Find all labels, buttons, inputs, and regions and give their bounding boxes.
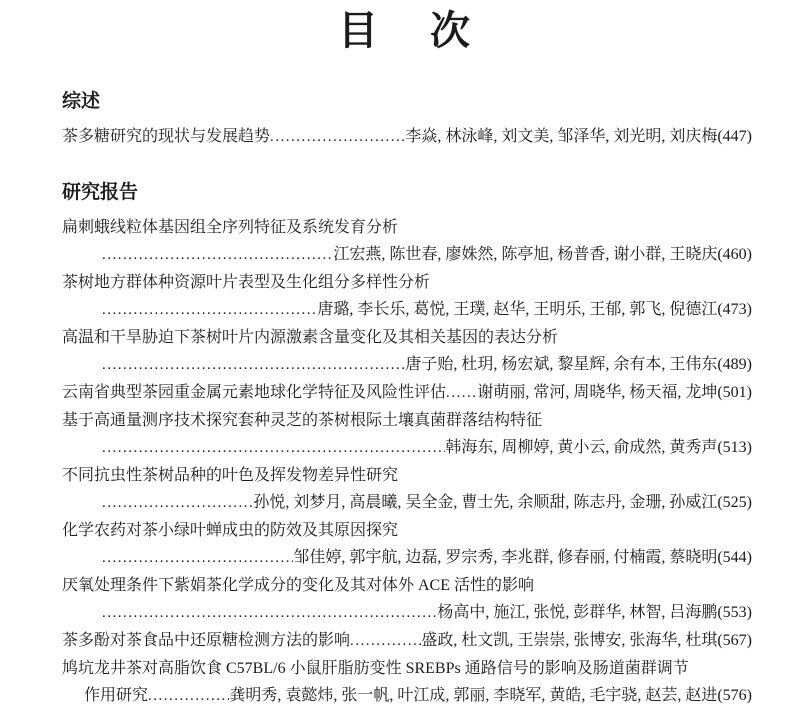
entry-authors: 唐子贻, 杜玥, 杨宏斌, 黎星辉, 余有本, 王伟东 — [405, 351, 717, 378]
entry-title: 厌氧处理条件下紫娟茶化学成分的变化及其对体外 ACE 活性的影响 — [62, 572, 752, 599]
entry-title: 基于高通量测序技术探究套种灵芝的茶树根际土壤真菌群落结构特征 — [62, 407, 752, 434]
entry-page-number: (489) — [717, 351, 752, 378]
entry-authors: 龚明秀, 袁懿炜, 张一帆, 叶江成, 郭丽, 李晓军, 黄皓, 毛宇骁, 赵芸… — [229, 682, 717, 704]
toc-page: 目 次 综述 茶多糖研究的现状与发展趋势 李焱, 林泳峰, 刘文美, 邹泽华, … — [0, 0, 797, 704]
entry-authors-line: 唐子贻, 杜玥, 杨宏斌, 黎星辉, 余有本, 王伟东 (489) — [62, 351, 752, 379]
page-title: 目 次 — [62, 6, 752, 56]
entry-authors-line: 韩海东, 周柳婷, 黄小云, 俞成然, 黄秀声 (513) — [62, 434, 752, 462]
entry-authors: 唐璐, 李长乐, 葛悦, 王璞, 赵华, 王明乐, 王郁, 郭飞, 倪德江 — [317, 296, 717, 323]
leader-dots — [102, 296, 317, 324]
entry-page-number: (553) — [717, 599, 752, 626]
entry-authors-line: 邹佳婷, 郭宇航, 边磊, 罗宗秀, 李兆群, 修春丽, 付楠霞, 蔡晓明 (5… — [62, 544, 752, 572]
entry-title: 茶多糖研究的现状与发展趋势 — [62, 123, 270, 150]
toc-entry: 化学农药对茶小绿叶蝉成虫的防效及其原因探究 邹佳婷, 郭宇航, 边磊, 罗宗秀,… — [62, 517, 752, 572]
entry-title-continuation-line: 作用研究 龚明秀, 袁懿炜, 张一帆, 叶江成, 郭丽, 李晓军, 黄皓, 毛宇… — [62, 682, 752, 704]
entry-title-continuation: 作用研究 — [84, 682, 148, 704]
entry-authors-line: 孙悦, 刘梦月, 高晨曦, 吴全金, 曹士先, 余顺甜, 陈志丹, 金珊, 孙威… — [62, 489, 752, 517]
entry-page-number: (576) — [717, 682, 752, 704]
toc-entry: 高温和干旱胁迫下茶树叶片内源激素含量变化及其相关基因的表达分析 唐子贻, 杜玥,… — [62, 324, 752, 379]
toc-entry: 基于高通量测序技术探究套种灵芝的茶树根际土壤真菌群落结构特征 韩海东, 周柳婷,… — [62, 407, 752, 462]
toc-entry: 厌氧处理条件下紫娟茶化学成分的变化及其对体外 ACE 活性的影响 杨高中, 施江… — [62, 572, 752, 627]
leader-dots — [102, 241, 333, 269]
section-research-reports: 研究报告 扁刺蛾线粒体基因组全序列特征及系统发育分析 江宏燕, 陈世春, 廖姝然… — [62, 181, 752, 704]
section-header: 研究报告 — [62, 181, 752, 205]
entry-title: 不同抗虫性茶树品种的叶色及挥发物差异性研究 — [62, 462, 752, 489]
leader-dots — [102, 434, 445, 462]
leader-dots — [350, 627, 421, 655]
entry-authors: 李焱, 林泳峰, 刘文美, 邹泽华, 刘光明, 刘庆梅 — [405, 123, 717, 150]
entry-authors: 谢萌丽, 常河, 周晓华, 杨天福, 龙坤 — [477, 379, 717, 406]
toc-entry: 云南省典型茶园重金属元素地球化学特征及风险性评估 谢萌丽, 常河, 周晓华, 杨… — [62, 379, 752, 407]
entry-page-number: (447) — [717, 123, 752, 150]
entry-page-number: (460) — [717, 241, 752, 268]
toc-entry: 鸠坑龙井茶对高脂饮食 C57BL/6 小鼠肝脂肪变性 SREBPs 通路信号的影… — [62, 655, 752, 704]
entry-title: 化学农药对茶小绿叶蝉成虫的防效及其原因探究 — [62, 517, 752, 544]
entry-page-number: (513) — [717, 434, 752, 461]
toc-entry: 茶树地方群体种资源叶片表型及生化组分多样性分析 唐璐, 李长乐, 葛悦, 王璞,… — [62, 269, 752, 324]
entry-page-number: (501) — [717, 379, 752, 406]
toc-entry: 茶多酚对茶食品中还原糖检测方法的影响 盛政, 杜文凯, 王崇崇, 张博安, 张海… — [62, 627, 752, 655]
leader-dots — [446, 379, 477, 407]
entry-authors: 邹佳婷, 郭宇航, 边磊, 罗宗秀, 李兆群, 修春丽, 付楠霞, 蔡晓明 — [293, 544, 717, 571]
entry-title: 云南省典型茶园重金属元素地球化学特征及风险性评估 — [62, 379, 446, 406]
leader-dots — [102, 544, 293, 572]
section-header: 综述 — [62, 90, 752, 114]
entry-page-number: (544) — [717, 544, 752, 571]
entry-title: 茶多酚对茶食品中还原糖检测方法的影响 — [62, 627, 350, 654]
entry-authors: 孙悦, 刘梦月, 高晨曦, 吴全金, 曹士先, 余顺甜, 陈志丹, 金珊, 孙威… — [253, 489, 717, 516]
leader-dots — [102, 351, 405, 379]
toc-entry: 扁刺蛾线粒体基因组全序列特征及系统发育分析 江宏燕, 陈世春, 廖姝然, 陈亭旭… — [62, 214, 752, 269]
toc-entry: 不同抗虫性茶树品种的叶色及挥发物差异性研究 孙悦, 刘梦月, 高晨曦, 吴全金,… — [62, 462, 752, 517]
entry-title: 鸠坑龙井茶对高脂饮食 C57BL/6 小鼠肝脂肪变性 SREBPs 通路信号的影… — [62, 655, 752, 682]
entry-title: 高温和干旱胁迫下茶树叶片内源激素含量变化及其相关基因的表达分析 — [62, 324, 752, 351]
section-review: 综述 茶多糖研究的现状与发展趋势 李焱, 林泳峰, 刘文美, 邹泽华, 刘光明,… — [62, 90, 752, 151]
toc-entry: 茶多糖研究的现状与发展趋势 李焱, 林泳峰, 刘文美, 邹泽华, 刘光明, 刘庆… — [62, 123, 752, 151]
entry-authors-line: 唐璐, 李长乐, 葛悦, 王璞, 赵华, 王明乐, 王郁, 郭飞, 倪德江 (4… — [62, 296, 752, 324]
entry-page-number: (525) — [717, 489, 752, 516]
leader-dots — [148, 682, 229, 704]
entry-page-number: (473) — [717, 296, 752, 323]
entry-title: 扁刺蛾线粒体基因组全序列特征及系统发育分析 — [62, 214, 752, 241]
leader-dots — [102, 489, 253, 517]
entry-authors: 盛政, 杜文凯, 王崇崇, 张博安, 张海华, 杜琪 — [421, 627, 717, 654]
leader-dots — [102, 599, 437, 627]
entry-title: 茶树地方群体种资源叶片表型及生化组分多样性分析 — [62, 269, 752, 296]
entry-authors: 韩海东, 周柳婷, 黄小云, 俞成然, 黄秀声 — [445, 434, 717, 461]
entry-page-number: (567) — [717, 627, 752, 654]
entry-authors: 杨高中, 施江, 张悦, 彭群华, 林智, 吕海鹏 — [437, 599, 717, 626]
leader-dots — [270, 123, 405, 151]
entry-authors: 江宏燕, 陈世春, 廖姝然, 陈亭旭, 杨普香, 谢小群, 王晓庆 — [333, 241, 717, 268]
entry-authors-line: 杨高中, 施江, 张悦, 彭群华, 林智, 吕海鹏 (553) — [62, 599, 752, 627]
entry-authors-line: 江宏燕, 陈世春, 廖姝然, 陈亭旭, 杨普香, 谢小群, 王晓庆 (460) — [62, 241, 752, 269]
